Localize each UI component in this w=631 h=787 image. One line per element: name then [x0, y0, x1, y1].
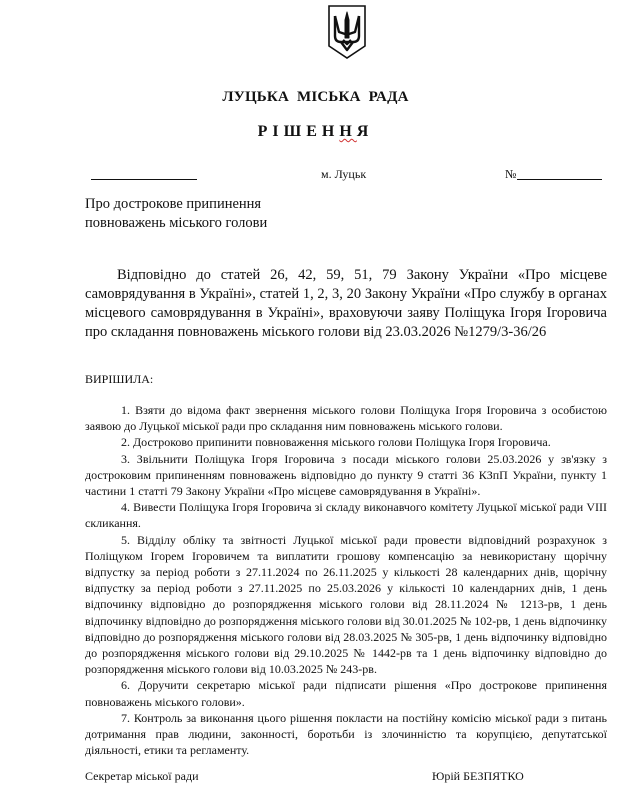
decision-item: 4. Вивести Поліщука Ігоря Ігоровича зі с…	[85, 499, 607, 531]
decision-item: 2. Достроково припинити повноваження міс…	[85, 434, 607, 450]
document-type-title: РІШЕННЯ	[0, 123, 631, 141]
decision-item: 1. Взяти до відома факт звернення місько…	[85, 402, 607, 434]
signatory-position: Секретар міської ради	[85, 769, 198, 784]
council-name: ЛУЦЬКА МІСЬКА РАДА	[0, 89, 631, 106]
subject-line: Про дострокове припинення	[85, 195, 267, 214]
preamble-paragraph: Відповідно до статей 26, 42, 59, 51, 79 …	[85, 266, 607, 342]
decision-item: 5. Відділу обліку та звітності Луцької м…	[85, 532, 607, 678]
date-blank-line	[91, 179, 197, 180]
number-blank-line	[517, 179, 602, 180]
document-type-text-end: Я	[357, 123, 374, 140]
spellcheck-marked-letter: Н	[339, 123, 356, 140]
decision-item: 6. Доручити секретарю міської ради підпи…	[85, 677, 607, 709]
signatory-name: Юрій БЕЗПЯТКО	[432, 769, 524, 784]
decision-item: 3. Звільнити Поліщука Ігоря Ігоровича з …	[85, 451, 607, 500]
decision-subject: Про дострокове припинення повноважень мі…	[85, 195, 267, 233]
ukraine-trident-coat-of-arms-icon	[327, 4, 367, 60]
number-sign: №	[505, 167, 516, 182]
resolved-label: ВИРІШИЛА:	[85, 372, 153, 387]
document-type-text: РІШЕН	[258, 123, 340, 140]
decision-items: 1. Взяти до відома факт звернення місько…	[85, 402, 607, 758]
decision-item: 7. Контроль за виконання цього рішення п…	[85, 710, 607, 759]
city-label: м. Луцьк	[321, 167, 366, 182]
subject-line: повноважень міського голови	[85, 214, 267, 233]
